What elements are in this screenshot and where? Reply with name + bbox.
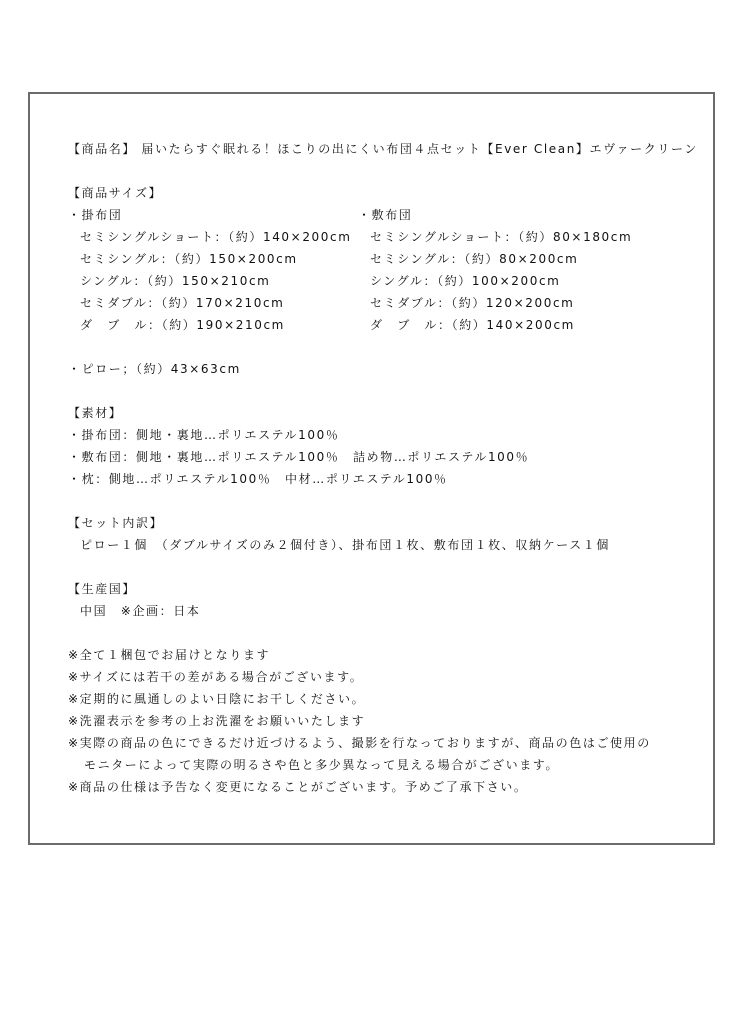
- shikibuton-size-item: セミシングルショート：（約）80×180cm: [358, 226, 632, 248]
- product-spec-document: 【商品名】 届いたらすぐ眠れる！ほこりの出にくい布団４点セット【Ever Cle…: [68, 138, 708, 798]
- kakebuton-size-item: ダ ブ ル：（約）190×210cm: [68, 314, 352, 336]
- kakebuton-size-item: シングル：（約）150×210cm: [68, 270, 352, 292]
- product-name-line: 【商品名】 届いたらすぐ眠れる！ほこりの出にくい布団４点セット【Ever Cle…: [68, 138, 708, 160]
- shikibuton-label: ・敷布団: [358, 204, 632, 226]
- shikibuton-sizes: ・敷布団 セミシングルショート：（約）80×180cm セミシングル：（約）80…: [358, 204, 632, 336]
- note-item: ※全て１梱包でお届けとなります: [68, 644, 708, 666]
- shikibuton-size-item: セミダブル：（約）120×200cm: [358, 292, 632, 314]
- spacer: [68, 160, 708, 182]
- kakebuton-size-item: セミシングル：（約）150×200cm: [68, 248, 352, 270]
- note-item: ※洗濯表示を参考の上お洗濯をお願いいたします: [68, 710, 708, 732]
- note-item: ※実際の商品の色にできるだけ近づけるよう、撮影を行なっておりますが、商品の色はご…: [68, 732, 708, 754]
- spacer: [68, 556, 708, 578]
- pillow-size: ・ピロー；（約）43×63cm: [68, 358, 708, 380]
- size-table: ・掛布団 セミシングルショート：（約）140×200cm セミシングル：（約）1…: [68, 204, 708, 336]
- note-item: ※商品の仕様は予告なく変更になることがございます。予めご了承下さい。: [68, 776, 708, 798]
- spacer: [68, 336, 708, 358]
- kakebuton-label: ・掛布団: [68, 204, 352, 226]
- origin-value: 中国 ※企画：日本: [68, 600, 708, 622]
- note-item: ※サイズには若干の差がある場合がございます。: [68, 666, 708, 688]
- shikibuton-size-item: セミシングル：（約）80×200cm: [358, 248, 632, 270]
- shikibuton-size-item: ダ ブ ル：（約）140×200cm: [358, 314, 632, 336]
- material-item: ・敷布団：側地・裏地…ポリエステル100％ 詰め物…ポリエステル100％: [68, 446, 708, 468]
- set-contents-value: ピロー１個 （ダブルサイズのみ２個付き）、掛布団１枚、敷布団１枚、収納ケース１個: [68, 534, 708, 556]
- spacer: [68, 490, 708, 512]
- kakebuton-size-item: セミシングルショート：（約）140×200cm: [68, 226, 352, 248]
- material-item: ・枕：側地…ポリエステル100％ 中材…ポリエステル100％: [68, 468, 708, 490]
- origin-heading: 【生産国】: [68, 578, 708, 600]
- material-heading: 【素材】: [68, 402, 708, 424]
- product-size-heading: 【商品サイズ】: [68, 182, 708, 204]
- product-name-value: 届いたらすぐ眠れる！ほこりの出にくい布団４点セット【Ever Clean】エヴァ…: [136, 142, 698, 156]
- shikibuton-size-item: シングル：（約）100×200cm: [358, 270, 632, 292]
- spacer: [68, 622, 708, 644]
- product-name-heading: 【商品名】: [68, 142, 136, 156]
- note-item: ※定期的に風通しのよい日陰にお干しください。: [68, 688, 708, 710]
- set-contents-heading: 【セット内訳】: [68, 512, 708, 534]
- spacer: [68, 380, 708, 402]
- kakebuton-size-item: セミダブル：（約）170×210cm: [68, 292, 352, 314]
- material-item: ・掛布団：側地・裏地…ポリエステル100％: [68, 424, 708, 446]
- note-item-continuation: モニターによって実際の明るさや色と多少異なって見える場合がございます。: [68, 754, 708, 776]
- kakebuton-sizes: ・掛布団 セミシングルショート：（約）140×200cm セミシングル：（約）1…: [68, 204, 352, 336]
